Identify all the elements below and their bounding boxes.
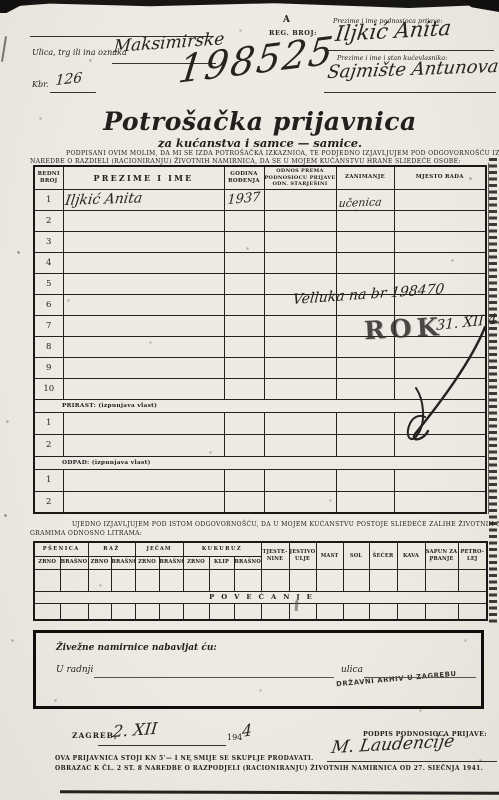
sub-brasno: BRAŠNO — [60, 556, 88, 569]
row1-year-handwritten: 1937 — [227, 190, 261, 208]
group-jecam: JEČAM — [135, 542, 183, 556]
row-number: 1 — [34, 469, 63, 491]
empty-cell — [336, 357, 394, 378]
empty-cell — [397, 603, 425, 620]
person-row: 2 — [34, 210, 486, 231]
row-number: 2 — [34, 210, 63, 231]
empty-cell — [458, 603, 487, 620]
scan-artifact-top-right-corner — [460, 0, 499, 12]
section-letter: A — [283, 15, 291, 25]
empty-cell — [336, 491, 394, 513]
empty-cell — [289, 569, 316, 591]
empty-cell — [224, 252, 264, 273]
empty-cell — [264, 434, 336, 456]
supplies-intro-line-1: UJEDNO IZJAVLJUJEM POD ISTOM ODGOVORNOŠĆ… — [72, 521, 499, 528]
supplies-value-row — [34, 569, 487, 591]
empty-cell — [224, 273, 264, 294]
empty-cell — [394, 210, 486, 231]
col-header-odnos: ODNOS PREMA PODNOSIOCU PRIJAVE ODN. STAR… — [264, 166, 336, 189]
empty-cell — [369, 569, 397, 591]
empty-cell — [261, 603, 289, 620]
sub-brasno: BRAŠNO — [234, 556, 261, 569]
row1-occupation-handwritten: učenica — [338, 195, 382, 210]
empty-cell — [224, 294, 264, 315]
empty-cell — [224, 469, 264, 491]
person-row: 3 — [34, 231, 486, 252]
form-subtitle: za kućanstva i samce — samice. — [30, 136, 490, 150]
odpad-label: ODPAD: (izpunjava vlast) — [34, 456, 486, 469]
sub-zrno: ZRNO — [34, 556, 60, 569]
empty-cell — [264, 378, 336, 399]
kbr-handwritten-value: 126 — [55, 70, 83, 89]
footer-line-1: OVA PRIJAVNICA STOJI KN 5'— I NE SMIJE S… — [55, 755, 314, 762]
row-number: 1 — [34, 189, 63, 210]
empty-cell — [425, 603, 458, 620]
empty-cell — [209, 569, 234, 591]
empty-cell — [209, 603, 234, 620]
group-jestivo-ulje: JESTIVO ULJE — [289, 542, 316, 569]
group-petrolej: PETRO-LEJ — [458, 542, 487, 569]
empty-cell — [63, 273, 224, 294]
radnji-blank-line — [94, 677, 334, 678]
row-number: 2 — [34, 434, 63, 456]
city-label: ZAGREB, — [72, 731, 118, 740]
empty-cell — [63, 231, 224, 252]
group-sapun: SAPUN ZA PRANJE — [425, 542, 458, 569]
empty-cell — [336, 469, 394, 491]
group-kukuruz: KUKURUZ — [183, 542, 261, 556]
pen-paraph-mark — [398, 386, 432, 444]
empty-cell — [159, 603, 183, 620]
scan-artifact-left-mark — [1, 36, 7, 62]
empty-cell — [224, 357, 264, 378]
scan-artifact-top-edge — [0, 0, 499, 8]
empty-cell — [63, 336, 224, 357]
kbr-label: Kbr. — [32, 80, 49, 89]
person-row: 4 — [34, 252, 486, 273]
empty-cell — [88, 569, 111, 591]
row1-name-handwritten: Iljkić Anita — [64, 190, 143, 209]
empty-cell — [111, 569, 135, 591]
empty-cell — [135, 569, 159, 591]
scan-artifact-bottom-bar — [60, 790, 499, 795]
group-mast: MAST — [316, 542, 343, 569]
declaration-line-2: NAREDBE O RAZDIELI (RACIONIRANJU) ŽIVOTN… — [30, 158, 461, 165]
empty-cell — [397, 569, 425, 591]
col-header-prezime-ime: PREZIME I IME — [63, 166, 224, 189]
row-number: 2 — [34, 491, 63, 513]
supplies-group-header-row: PŠENICA RAŽ JEČAM KUKURUZ TJESTE-NINE JE… — [34, 542, 487, 556]
shop-declaration-box: Živežne namirnice nabavljat ću: U radnji… — [33, 630, 484, 709]
empty-cell — [336, 434, 394, 456]
empty-cell — [34, 569, 60, 591]
empty-cell — [425, 569, 458, 591]
sub-zrno: ZRNO — [183, 556, 209, 569]
row-number: 5 — [34, 273, 63, 294]
row-number: 9 — [34, 357, 63, 378]
empty-cell — [394, 189, 486, 210]
empty-cell — [264, 210, 336, 231]
house-owner-underline — [324, 92, 496, 93]
empty-cell — [264, 469, 336, 491]
empty-cell — [63, 294, 224, 315]
empty-cell — [224, 491, 264, 513]
empty-cell — [224, 231, 264, 252]
empty-cell — [63, 434, 224, 456]
odpad-row: 2 — [34, 491, 486, 513]
empty-cell — [336, 378, 394, 399]
empty-cell — [336, 412, 394, 434]
empty-cell — [63, 412, 224, 434]
empty-cell — [63, 252, 224, 273]
empty-cell — [63, 491, 224, 513]
group-sol: SOL — [343, 542, 369, 569]
kbr-underline — [50, 92, 96, 93]
empty-cell — [316, 603, 343, 620]
empty-cell — [224, 378, 264, 399]
empty-cell — [394, 491, 486, 513]
supplies-value-row — [34, 603, 487, 620]
empty-cell — [264, 252, 336, 273]
empty-cell — [234, 569, 261, 591]
ulica-blank-line — [364, 677, 476, 678]
empty-cell — [264, 412, 336, 434]
empty-cell — [63, 210, 224, 231]
empty-cell — [159, 569, 183, 591]
empty-cell — [60, 603, 88, 620]
povecanje-band: POVEĆANJE — [34, 591, 487, 603]
row-number: 3 — [34, 231, 63, 252]
empty-cell — [336, 231, 394, 252]
sub-zrno: ZRNO — [135, 556, 159, 569]
radnji-label: U radnji — [56, 665, 93, 675]
signature-handwritten: M. Laudencije — [330, 731, 456, 758]
empty-cell — [316, 569, 343, 591]
empty-cell — [264, 357, 336, 378]
sub-klip: KLIP — [209, 556, 234, 569]
empty-cell — [264, 315, 336, 336]
scan-artifact-top-left-corner — [0, 0, 32, 13]
empty-cell — [183, 569, 209, 591]
empty-cell — [289, 603, 316, 620]
empty-cell — [135, 603, 159, 620]
signature-line — [327, 761, 497, 762]
date-handwritten: 2. XII — [112, 719, 158, 741]
empty-cell — [264, 491, 336, 513]
empty-cell — [224, 336, 264, 357]
empty-cell — [224, 210, 264, 231]
scanned-form-page: Ulica, trg ili ina oznaka Maksimirske Kb… — [0, 0, 499, 800]
sub-zrno: ZRNO — [88, 556, 111, 569]
empty-cell — [63, 357, 224, 378]
group-raz: RAŽ — [88, 542, 135, 556]
empty-cell — [60, 569, 88, 591]
povecanje-label: POVEĆANJE — [34, 591, 487, 603]
row-number: 10 — [34, 378, 63, 399]
empty-cell — [63, 315, 224, 336]
empty-cell — [343, 569, 369, 591]
group-kava: KAVA — [397, 542, 425, 569]
empty-cell — [458, 569, 487, 591]
empty-cell — [183, 603, 209, 620]
date-line — [98, 745, 226, 746]
empty-cell — [394, 252, 486, 273]
empty-cell — [63, 378, 224, 399]
empty-cell — [261, 569, 289, 591]
persons-table-header-row: REDNI BROJ PREZIME I IME GODINA ROĐENJA … — [34, 166, 486, 189]
empty-cell — [224, 412, 264, 434]
empty-cell — [264, 231, 336, 252]
row-number: 7 — [34, 315, 63, 336]
row-number: 6 — [34, 294, 63, 315]
declaration-line-1: PODPISANI OVIM MOLIM, DA MI SE IZDA POTR… — [66, 150, 499, 157]
group-tjestenine: TJESTE-NINE — [261, 542, 289, 569]
row-number: 4 — [34, 252, 63, 273]
col-header-redni-broj: REDNI BROJ — [34, 166, 63, 189]
empty-cell — [88, 603, 111, 620]
empty-cell — [343, 603, 369, 620]
shop-box-heading: Živežne namirnice nabavljat ću: — [56, 643, 217, 653]
empty-cell — [394, 469, 486, 491]
supplies-table: PŠENICA RAŽ JEČAM KUKURUZ TJESTE-NINE JE… — [33, 541, 488, 621]
sub-brasno: BRAŠNO — [159, 556, 183, 569]
group-psenica: PŠENICA — [34, 542, 88, 556]
row-number: 1 — [34, 412, 63, 434]
col-header-godina: GODINA ROĐENJA — [224, 166, 264, 189]
empty-cell — [336, 210, 394, 231]
empty-cell — [264, 336, 336, 357]
row-number: 8 — [34, 336, 63, 357]
ulica-label: ulica — [341, 665, 363, 675]
applicant-underline — [324, 50, 494, 51]
col-header-mjesto-rada: MJESTO RADA — [394, 166, 486, 189]
odpad-row: 1 — [34, 469, 486, 491]
empty-cell — [369, 603, 397, 620]
supplies-intro-line-2: GRAMIMA ODNOSNO LITRAMA: — [30, 530, 142, 537]
empty-cell — [264, 189, 336, 210]
empty-cell — [34, 603, 60, 620]
empty-cell — [336, 252, 394, 273]
scan-noise-specks — [0, 0, 1, 1]
year-digit-handwritten: 4 — [242, 720, 252, 741]
applicant-name-handwritten: Iljkić Anita — [334, 16, 453, 46]
form-title: Potrošačka prijavnica — [30, 107, 490, 136]
empty-cell — [394, 231, 486, 252]
group-secer: ŠEĆER — [369, 542, 397, 569]
footer-line-2: OBRAZAC K ČL. 2 ST. 8 NAREDBE O RAZPODJE… — [55, 765, 483, 772]
col-header-zanimanje: ZANIMANJE — [336, 166, 394, 189]
empty-cell — [111, 603, 135, 620]
year-printed: 194 — [227, 733, 242, 742]
empty-cell — [234, 603, 261, 620]
odpad-band: ODPAD: (izpunjava vlast) — [34, 456, 486, 469]
empty-cell — [63, 469, 224, 491]
empty-cell — [224, 315, 264, 336]
empty-cell — [224, 434, 264, 456]
sub-brasno: BRAŠNO — [111, 556, 135, 569]
